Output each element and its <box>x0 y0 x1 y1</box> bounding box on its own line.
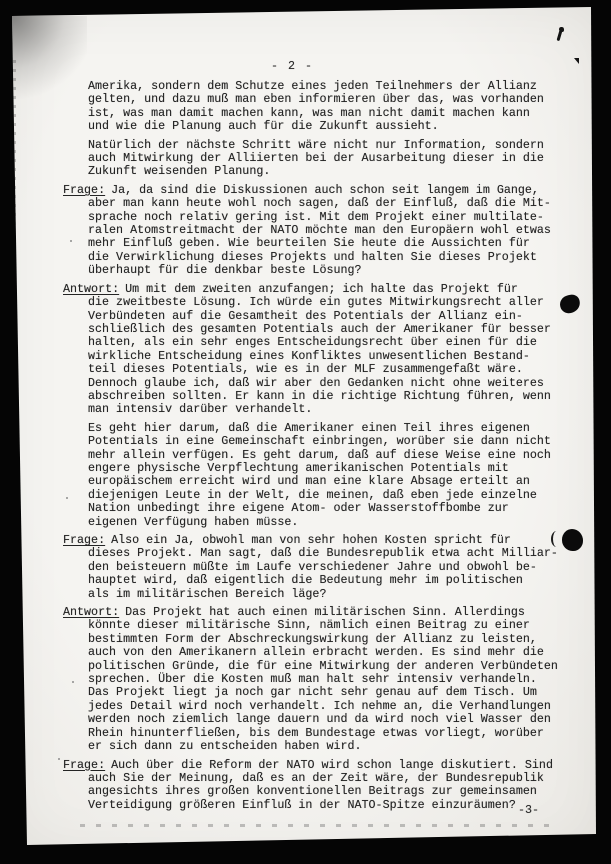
answer-text: Um mit dem zweiten anzufangen; ich halte… <box>88 282 551 417</box>
question-label: Frage: <box>63 183 105 197</box>
scan-corner-noise <box>12 16 87 106</box>
answer-label: Antwort: <box>63 605 119 619</box>
question-2: Frage:Also ein Ja, obwohl man von sehr h… <box>63 534 577 601</box>
question-3: Frage:Auch über die Reform der NATO wird… <box>63 759 577 813</box>
ink-blot <box>562 529 583 551</box>
scan-speckle <box>72 681 74 683</box>
question-text: Ja, da sind die Diskussionen auch schon … <box>88 183 551 277</box>
answer-2: Antwort:Das Projekt hat auch einen milit… <box>63 606 577 753</box>
document-body: Amerika, sondern dem Schutze eines jeden… <box>63 80 577 817</box>
paragraph-text: Natürlich der nächste Schritt wäre nicht… <box>88 138 544 179</box>
paper-sheet: - 2 - Amerika, sondern dem Schutze eines… <box>0 0 611 864</box>
answer-1-continued: Es geht hier darum, daß die Amerikaner e… <box>88 422 577 529</box>
scan-speckle <box>70 240 72 242</box>
next-page-catchword: -3- <box>518 803 539 817</box>
pen-mark-crescent <box>551 531 562 547</box>
scan-speckle <box>58 758 60 760</box>
question-text: Auch über die Reform der NATO wird schon… <box>88 758 553 812</box>
question-label: Frage: <box>63 758 105 772</box>
question-text: Also ein Ja, obwohl man von sehr hohen K… <box>88 533 558 601</box>
answer-1: Antwort:Um mit dem zweiten anzufangen; i… <box>63 283 577 417</box>
scan-speckle-strip <box>80 824 550 827</box>
question-1: Frage:Ja, da sind die Diskussionen auch … <box>63 184 577 278</box>
question-label: Frage: <box>63 533 105 547</box>
scan-speckle <box>66 497 68 499</box>
pen-mark-triangle <box>574 58 579 64</box>
pen-mark-tick-head <box>559 27 564 32</box>
intro-paragraph-1: Amerika, sondern dem Schutze eines jeden… <box>88 80 577 134</box>
answer-text: Das Projekt hat auch einen militärischen… <box>88 605 558 753</box>
document-scan: - 2 - Amerika, sondern dem Schutze eines… <box>0 0 611 864</box>
answer-label: Antwort: <box>63 282 119 296</box>
intro-paragraph-2: Natürlich der nächste Schritt wäre nicht… <box>88 139 577 179</box>
paragraph-text: Amerika, sondern dem Schutze eines jeden… <box>88 79 544 133</box>
page-number: - 2 - <box>271 59 314 73</box>
scan-edge-noise <box>10 60 16 840</box>
paragraph-text: Es geht hier darum, daß die Amerikaner e… <box>88 421 551 529</box>
